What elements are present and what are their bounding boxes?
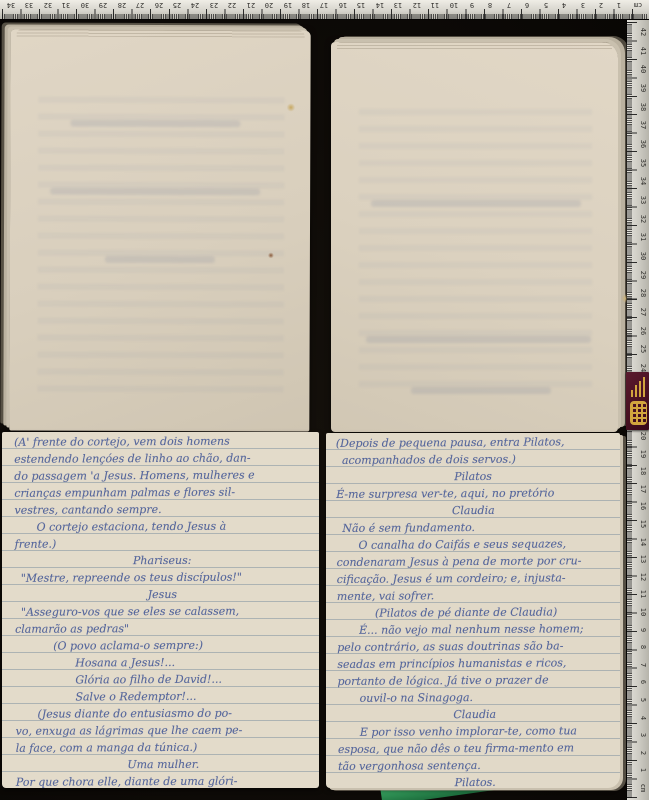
ruler-number: 36 — [639, 140, 647, 148]
vertical-ruler: 42414039383736353433323130292827262524 2… — [627, 20, 649, 800]
ink-showthrough-line — [411, 387, 551, 394]
handwritten-line: mente, vai sofrer. — [333, 587, 615, 606]
ruler-number: 7 — [502, 0, 516, 9]
handwritten-line: (A' frente do cortejo, vem dois homens — [10, 433, 313, 452]
vertical-ruler-lower-numbers: 2019181716151413121110987654321cm — [638, 432, 648, 792]
ink-showthrough-line — [366, 336, 591, 343]
handwritten-line: É... não vejo mal nenhum nesse homem; — [333, 621, 615, 640]
horizontal-ruler-numbers: 3433323130292827262524232221201918171615… — [4, 0, 645, 9]
handwritten-line: (Pilatos de pé diante de Claudia) — [333, 604, 615, 623]
ruler-number: 14 — [373, 0, 387, 9]
handwritten-line: crianças empunham palmas e flores sil- — [10, 484, 313, 503]
ruler-number: 39 — [639, 84, 647, 92]
handwritten-line: portanto de lógica. Já tive o prazer de — [333, 672, 615, 691]
ruler-number: 12 — [639, 573, 647, 581]
handwritten-line: cificação. Jesus é um cordeiro; e, injus… — [333, 570, 615, 589]
logo-grid-icon — [630, 401, 647, 425]
ruler-number: 8 — [639, 645, 647, 649]
handwritten-line: Claudia — [332, 502, 614, 521]
handwritten-line: condenaram Jesus à pena de morte por cru… — [333, 553, 615, 572]
handwritten-line: estendendo lençóes de linho ao chão, dan… — [10, 450, 313, 469]
ruler-number: 13 — [391, 0, 405, 9]
ruler-number: 24 — [639, 364, 647, 372]
ink-showthrough — [37, 88, 284, 396]
ruler-number: 20 — [262, 0, 276, 9]
handwritten-line: E por isso venho implorar-te, como tua — [334, 723, 616, 742]
ruler-number: 18 — [299, 0, 313, 9]
ruler-number: 1 — [639, 768, 647, 772]
ruler-number: 13 — [639, 555, 647, 563]
ruler-number: 26 — [152, 0, 166, 9]
ruler-number: 31 — [59, 0, 73, 9]
archive-logo-chip — [626, 372, 649, 430]
ruler-number: 2 — [639, 751, 647, 755]
handwritten-text-right: (Depois de pequena pausa, entra Pilatos,… — [332, 434, 616, 793]
ruler-number: cm — [639, 784, 647, 792]
paper-stain — [268, 252, 274, 258]
handwritten-line: ouvil-o na Sinagoga. — [334, 689, 616, 708]
ruler-number: 40 — [639, 65, 647, 73]
ruler-number: 8 — [483, 0, 497, 9]
ruler-number: 24 — [188, 0, 202, 9]
ruler-number: 14 — [639, 537, 647, 545]
handwritten-line: "Asseguro-vos que se eles se calassem, — [11, 603, 314, 622]
ruler-number: 16 — [639, 502, 647, 510]
ruler-number: 28 — [115, 0, 129, 9]
ruler-number: 3 — [639, 733, 647, 737]
ruler-number: 5 — [539, 0, 553, 9]
handwritten-line: vo, enxuga as lágrimas que lhe caem pe- — [12, 722, 315, 741]
handwritten-line: tão vergonhosa sentença. — [334, 757, 616, 776]
ruler-number: 2 — [594, 0, 608, 9]
ruler-number: 4 — [557, 0, 571, 9]
handwritten-line: Jesus — [11, 586, 314, 605]
handwritten-line: (O povo aclama-o sempre:) — [11, 637, 314, 656]
handwritten-line: "Mestre, repreende os teus discípulos!" — [11, 569, 314, 588]
manuscript-page-left: (A' frente do cortejo, vem dois homenses… — [2, 432, 319, 788]
page-stack-edges — [337, 42, 612, 49]
ruler-number: 19 — [639, 449, 647, 457]
ruler-number: 9 — [639, 627, 647, 631]
ruler-number: 19 — [281, 0, 295, 9]
ruler-number: 37 — [639, 121, 647, 129]
ruler-number: 31 — [639, 233, 647, 241]
handwritten-line: pelo contrário, as suas doutrinas são ba… — [333, 638, 615, 657]
ink-showthrough-line — [371, 200, 581, 207]
ruler-number: 29 — [639, 270, 647, 278]
ruler-number: 32 — [639, 214, 647, 222]
handwritten-line: Uma mulher. — [12, 756, 315, 775]
paper-stain — [286, 103, 295, 111]
page-stack-edges — [17, 29, 305, 37]
ink-showthrough-line — [50, 188, 260, 196]
ruler-number: 17 — [317, 0, 331, 9]
ink-showthrough — [359, 100, 592, 396]
handwritten-line: la face, com a manga da túnica.) — [12, 739, 315, 758]
ruler-number: 16 — [336, 0, 350, 9]
ruler-number: 25 — [170, 0, 184, 9]
ruler-number: 42 — [639, 28, 647, 36]
photo-stage: (A' frente do cortejo, vem dois homenses… — [0, 0, 649, 800]
handwritten-line: (Jesus diante do entusiasmo do po- — [11, 705, 314, 724]
ruler-number: 9 — [465, 0, 479, 9]
ruler-number: 28 — [639, 289, 647, 297]
horizontal-ruler: 3433323130292827262524232221201918171615… — [0, 0, 649, 19]
ruler-number: 11 — [428, 0, 442, 9]
ruler-number: 18 — [639, 467, 647, 475]
ruler-number: 32 — [41, 0, 55, 9]
handwritten-line: O canalha do Caifás e seus sequazes, — [332, 536, 614, 555]
ruler-number: cm — [631, 0, 645, 9]
handwritten-line: Por que chora elle, diante de uma glóri- — [12, 773, 315, 792]
handwritten-line: esposa, que não dês o teu firma-mento em — [334, 740, 616, 759]
handwritten-line: É-me surpresa ver-te, aqui, no pretório — [332, 485, 614, 504]
ruler-number: 33 — [639, 196, 647, 204]
ruler-number: 22 — [225, 0, 239, 9]
ruler-number: 12 — [410, 0, 424, 9]
logo-bars-icon — [631, 377, 645, 397]
ruler-number: 4 — [639, 715, 647, 719]
ruler-number: 6 — [520, 0, 534, 9]
handwritten-line: O cortejo estaciona, tendo Jesus à — [11, 518, 314, 537]
ink-showthrough-line — [105, 256, 215, 263]
ruler-number: 11 — [639, 590, 647, 598]
ruler-number: 26 — [639, 326, 647, 334]
ruler-number: 34 — [4, 0, 18, 9]
handwritten-line: vestres, cantando sempre. — [10, 501, 313, 520]
handwritten-line: Claudia — [334, 706, 616, 725]
manuscript-page-right: (Depois de pequena pausa, entra Pilatos,… — [326, 433, 620, 788]
handwritten-text-left: (A' frente do cortejo, vem dois homenses… — [10, 433, 315, 792]
handwritten-line: acompanhados de dois servos.) — [332, 451, 614, 470]
ruler-number: 41 — [639, 46, 647, 54]
vertical-ruler-upper-numbers: 42414039383736353433323130292827262524 — [638, 28, 648, 372]
ruler-number: 10 — [447, 0, 461, 9]
verso-page-right — [331, 42, 618, 432]
ruler-number: 30 — [78, 0, 92, 9]
ink-showthrough-line — [70, 120, 240, 128]
handwritten-line: Hosana a Jesus!... — [11, 654, 314, 673]
ruler-number: 20 — [639, 432, 647, 440]
ruler-number: 38 — [639, 102, 647, 110]
ruler-number: 29 — [96, 0, 110, 9]
handwritten-line: Pilatos. — [334, 774, 616, 793]
handwritten-line: Phariseus: — [11, 552, 314, 571]
ruler-number: 7 — [639, 663, 647, 667]
handwritten-line: Pilatos — [332, 468, 614, 487]
ruler-number: 3 — [576, 0, 590, 9]
ruler-number: 34 — [639, 177, 647, 185]
ruler-number: 33 — [22, 0, 36, 9]
handwritten-line: Salve o Redemptor!... — [11, 688, 314, 707]
ruler-number: 35 — [639, 158, 647, 166]
ruler-number: 25 — [639, 345, 647, 353]
ruler-number: 6 — [639, 680, 647, 684]
ruler-number: 27 — [133, 0, 147, 9]
ruler-number: 30 — [639, 252, 647, 260]
ruler-number: 15 — [639, 520, 647, 528]
handwritten-line: clamarão as pedras" — [11, 620, 314, 639]
ruler-number: 1 — [612, 0, 626, 9]
handwritten-line: Glória ao filho de David!... — [11, 671, 314, 690]
ruler-number: 23 — [207, 0, 221, 9]
handwritten-line: frente.) — [11, 535, 314, 554]
verso-page-left — [9, 29, 310, 431]
ruler-number: 21 — [244, 0, 258, 9]
ruler-number: 10 — [639, 608, 647, 616]
ruler-number: 27 — [639, 308, 647, 316]
ruler-number: 15 — [354, 0, 368, 9]
handwritten-line: (Depois de pequena pausa, entra Pilatos, — [332, 434, 614, 453]
ruler-number: 17 — [639, 485, 647, 493]
handwritten-line: seadas em princípios humanistas e ricos, — [333, 655, 615, 674]
ruler-number: 5 — [639, 698, 647, 702]
ruler-cm-ticks — [2, 9, 647, 19]
handwritten-line: do passagem 'a Jesus. Homens, mulheres e — [10, 467, 313, 486]
handwritten-line: Não é sem fundamento. — [332, 519, 614, 538]
